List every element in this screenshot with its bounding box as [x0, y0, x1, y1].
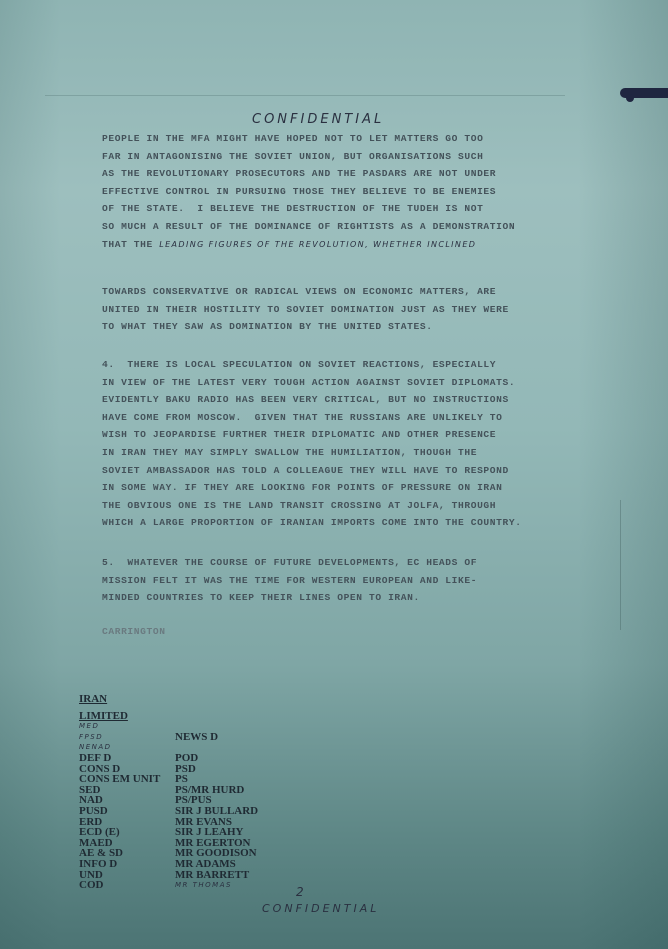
- typed-fragment: THAT THE: [102, 239, 159, 250]
- text-line: MISSION FELT IT WAS THE TIME FOR WESTERN…: [102, 572, 477, 590]
- page-fold: [620, 500, 621, 630]
- text-line: SOVIET AMBASSADOR HAS TOLD A COLLEAGUE T…: [102, 462, 522, 480]
- text-line: IN VIEW OF THE LATEST VERY TOUGH ACTION …: [102, 374, 522, 392]
- distribution-department: DEF D: [79, 753, 175, 764]
- paragraph-5: 5. WHATEVER THE COURSE OF FUTURE DEVELOP…: [102, 554, 477, 607]
- classification-marking-top: CONFIDENTIAL: [252, 112, 384, 127]
- distribution-row: PUSDSIR J BULLARD: [79, 806, 258, 817]
- distribution-category: LIMITED: [79, 711, 128, 722]
- text-line: AS THE REVOLUTIONARY PROSECUTORS AND THE…: [102, 165, 515, 183]
- text-line: EVIDENTLY BAKU RADIO HAS BEEN VERY CRITI…: [102, 391, 522, 409]
- page-shadow-right: [578, 0, 668, 949]
- distribution-department: COD: [79, 880, 175, 891]
- distribution-recipient: MR THOMAS: [175, 880, 232, 891]
- text-line: WHICH A LARGE PROPORTION OF IRANIAN IMPO…: [102, 514, 522, 532]
- distribution-department: MED: [79, 721, 175, 732]
- text-line: PEOPLE IN THE MFA MIGHT HAVE HOPED NOT T…: [102, 130, 515, 148]
- text-line: OF THE STATE. I BELIEVE THE DESTRUCTION …: [102, 200, 515, 218]
- distribution-row: UNDMR BARRETT: [79, 870, 258, 881]
- text-line: 5. WHATEVER THE COURSE OF FUTURE DEVELOP…: [102, 554, 477, 572]
- distribution-department: FPSD: [79, 732, 175, 743]
- signature: CARRINGTON: [102, 623, 166, 641]
- staple-mark: [620, 88, 668, 98]
- distribution-row: SEDPS/MR HURD: [79, 785, 258, 796]
- distribution-subject: IRAN: [79, 694, 107, 705]
- page-number: 2: [296, 885, 307, 899]
- distribution-recipient: POD: [175, 753, 198, 764]
- distribution-row: INFO DMR ADAMS: [79, 859, 258, 870]
- bleed-through-line: [45, 95, 565, 96]
- text-line: MINDED COUNTRIES TO KEEP THEIR LINES OPE…: [102, 589, 477, 607]
- distribution-row: MED: [79, 721, 258, 732]
- text-line: FAR IN ANTAGONISING THE SOVIET UNION, BU…: [102, 148, 515, 166]
- classification-marking-bottom: CONFIDENTIAL: [262, 902, 379, 915]
- distribution-recipient: MR BARRETT: [175, 870, 249, 881]
- text-line: EFFECTIVE CONTROL IN PURSUING THOSE THEY…: [102, 183, 515, 201]
- paragraph-continued-2: TOWARDS CONSERVATIVE OR RADICAL VIEWS ON…: [102, 283, 509, 336]
- page-shadow-left: [0, 0, 60, 949]
- distribution-recipient: MR ADAMS: [175, 859, 236, 870]
- text-line: TOWARDS CONSERVATIVE OR RADICAL VIEWS ON…: [102, 283, 509, 301]
- handwritten-insertion: LEADING FIGURES OF THE REVOLUTION, WHETH…: [159, 240, 476, 249]
- distribution-recipient: NEWS D: [175, 732, 218, 743]
- distribution-row: CODMR THOMAS: [79, 880, 258, 891]
- text-line: WISH TO JEOPARDISE FURTHER THEIR DIPLOMA…: [102, 426, 522, 444]
- text-line: HAVE COME FROM MOSCOW. GIVEN THAT THE RU…: [102, 409, 522, 427]
- paragraph-continued: PEOPLE IN THE MFA MIGHT HAVE HOPED NOT T…: [102, 130, 515, 253]
- text-line: SO MUCH A RESULT OF THE DOMINANCE OF RIG…: [102, 218, 515, 236]
- text-line: THE OBVIOUS ONE IS THE LAND TRANSIT CROS…: [102, 497, 522, 515]
- distribution-recipient: SIR J BULLARD: [175, 806, 258, 817]
- paragraph-4: 4. THERE IS LOCAL SPECULATION ON SOVIET …: [102, 356, 522, 532]
- text-line: UNITED IN THEIR HOSTILITY TO SOVIET DOMI…: [102, 301, 509, 319]
- distribution-row: DEF DPOD: [79, 753, 258, 764]
- distribution-department: PUSD: [79, 806, 175, 817]
- distribution-department: INFO D: [79, 859, 175, 870]
- text-line-mixed: THAT THE LEADING FIGURES OF THE REVOLUTI…: [102, 236, 515, 254]
- text-line: IN SOME WAY. IF THEY ARE LOOKING FOR POI…: [102, 479, 522, 497]
- text-line: IN IRAN THEY MAY SIMPLY SWALLOW THE HUMI…: [102, 444, 522, 462]
- distribution-list: IRAN LIMITED MEDFPSDNEWS DNENADDEF DPODC…: [79, 694, 258, 891]
- text-line: 4. THERE IS LOCAL SPECULATION ON SOVIET …: [102, 356, 522, 374]
- text-line: TO WHAT THEY SAW AS DOMINATION BY THE UN…: [102, 318, 509, 336]
- distribution-row: FPSDNEWS D: [79, 732, 258, 743]
- distribution-rows: MEDFPSDNEWS DNENADDEF DPODCONS DPSDCONS …: [79, 721, 258, 891]
